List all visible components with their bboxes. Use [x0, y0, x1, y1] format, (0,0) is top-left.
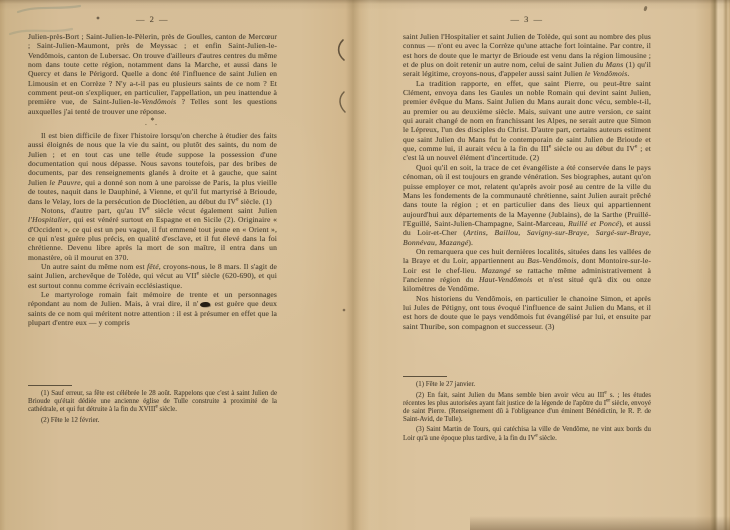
- book-spread: — 2 — Julien-près-Bort ; Saint-Julien-le…: [0, 0, 730, 530]
- footnote: (3) Saint Martin de Tours, qui catéchisa…: [403, 426, 651, 442]
- gutter-fold-shading: [346, 0, 380, 530]
- paragraph: Notons, d'autre part, qu'au IVe siècle v…: [28, 206, 277, 262]
- page-left-footnotes: (1) Sauf erreur, sa fête est célébrée le…: [28, 385, 277, 427]
- footnote: (2) Fête le 12 février.: [28, 417, 277, 425]
- binding-stitches: [334, 34, 350, 324]
- paragraph: saint Julien l'Hospitalier et saint Juli…: [403, 32, 651, 79]
- footnote-list: (1) Fête le 27 janvier.(2) En fait, sain…: [403, 381, 651, 443]
- paragraph: Quoi qu'il en soit, la trace de cet évan…: [403, 163, 651, 247]
- footnote-list: (1) Sauf erreur, sa fête est célébrée le…: [28, 390, 277, 425]
- paragraph: Le martyrologe romain fait mémoire de tr…: [28, 290, 277, 327]
- footnote: (1) Sauf erreur, sa fête est célébrée le…: [28, 390, 277, 414]
- page-right-body: saint Julien l'Hospitalier et saint Juli…: [403, 32, 651, 331]
- page-number-left: — 2 —: [28, 14, 277, 24]
- paragraph: Julien-près-Bort ; Saint-Julien-le-Pèler…: [28, 32, 277, 116]
- paragraph: Nos historiens du Vendômois, en particul…: [403, 294, 651, 331]
- footnote-rule: [403, 376, 447, 377]
- paragraph: Un autre saint du même nom est fêté, cro…: [28, 262, 277, 290]
- asterism-separator: *· ·: [28, 118, 277, 128]
- page-left: — 2 — Julien-près-Bort ; Saint-Julien-le…: [28, 0, 277, 530]
- page-right-footnotes: (1) Fête le 27 janvier.(2) En fait, sain…: [403, 376, 651, 445]
- page-left-body: Julien-près-Bort ; Saint-Julien-le-Pèler…: [28, 32, 277, 327]
- page-right: — 3 — saint Julien l'Hospitalier et sain…: [403, 0, 651, 530]
- footnote: (1) Fête le 27 janvier.: [403, 381, 651, 389]
- paragraph: Il est bien difficile de fixer l'histoir…: [28, 131, 277, 206]
- ink-blot: [200, 302, 210, 307]
- page-number-right: — 3 —: [403, 14, 651, 24]
- paragraph: On remarquera que ces huit dernières loc…: [403, 247, 651, 294]
- footnote-rule: [28, 385, 72, 386]
- footnote: (2) En fait, saint Julien du Mans semble…: [403, 392, 651, 424]
- paragraph: La tradition rapporte, en effet, que sai…: [403, 79, 651, 163]
